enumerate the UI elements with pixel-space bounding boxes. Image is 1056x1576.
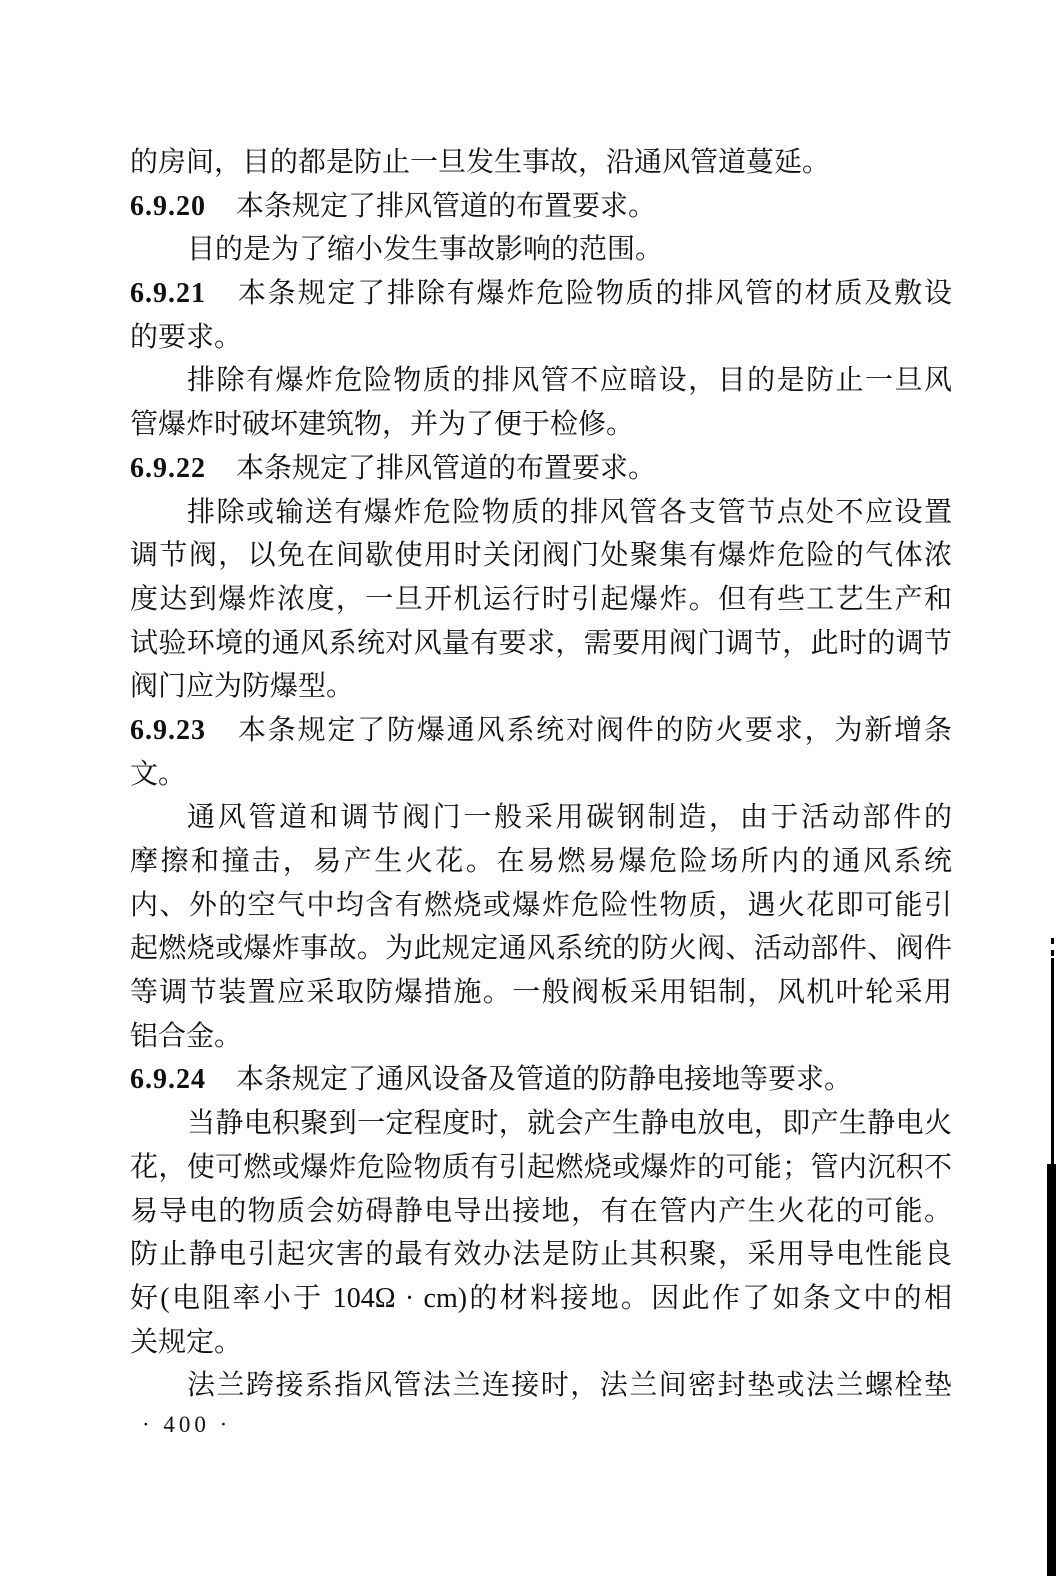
text-line: 防止静电引起灾害的最有效办法是防止其积聚，采用导电性能良 [130,1233,952,1277]
body-text: 的房间，目的都是防止一旦发生事故，沿通风管道蔓延。6.9.20本条规定了排风管道… [130,141,952,1408]
text-line: 铝合金。 [130,1015,952,1059]
text-line: 试验环境的通风系统对风量有要求，需要用阀门调节，此时的调节 [130,622,952,666]
text-line: 排除或输送有爆炸危险物质的排风管各支管节点处不应设置 [130,491,952,535]
section-number: 6.9.23 [130,709,206,753]
text-line: 6.9.23本条规定了防爆通风系统对阀件的防火要求，为新增条 [130,709,952,753]
text-line: 度达到爆炸浓度，一旦开机运行时引起爆炸。但有些工艺生产和 [130,578,952,622]
section-number: 6.9.22 [130,447,206,491]
page-number: · 400 · [142,1412,231,1438]
scan-artifact-thin-line [1051,958,1054,1164]
text-line: 的房间，目的都是防止一旦发生事故，沿通风管道蔓延。 [130,141,952,185]
text-line: 调节阀，以免在间歇使用时关闭阀门处聚集有爆炸危险的气体浓 [130,534,952,578]
text-line: 阀门应为防爆型。 [130,665,952,709]
text-line: 排除有爆炸危险物质的排风管不应暗设，目的是防止一旦风 [130,359,952,403]
text-line: 6.9.24本条规定了通风设备及管道的防静电接地等要求。 [130,1058,952,1102]
scan-artifact-thick-bar [1047,1164,1056,1576]
section-number: 6.9.20 [130,185,206,229]
text-line: 关规定。 [130,1321,952,1365]
text-line: 目的是为了缩小发生事故影响的范围。 [130,228,952,272]
text-line: 摩擦和撞击，易产生火花。在易燃易爆危险场所内的通风系统 [130,840,952,884]
text-line: 内、外的空气中均含有燃烧或爆炸危险性物质，遇火花即可能引 [130,884,952,928]
text-line: 花，使可燃或爆炸危险物质有引起燃烧或爆炸的可能；管内沉积不 [130,1146,952,1190]
text-line: 6.9.21本条规定了排除有爆炸危险物质的排风管的材质及敷设 [130,272,952,316]
text-line: 起燃烧或爆炸事故。为此规定通风系统的防火阀、活动部件、阀件 [130,927,952,971]
scan-artifact-dashes [1051,938,1054,960]
text-line: 当静电积聚到一定程度时，就会产生静电放电，即产生静电火 [130,1102,952,1146]
text-line: 文。 [130,753,952,797]
text-line: 管爆炸时破坏建筑物，并为了便于检修。 [130,403,952,447]
text-line: 法兰跨接系指风管法兰连接时，法兰间密封垫或法兰螺栓垫 [130,1364,952,1408]
document-page: 的房间，目的都是防止一旦发生事故，沿通风管道蔓延。6.9.20本条规定了排风管道… [0,0,1056,1576]
text-line: 等调节装置应采取防爆措施。一般阀板采用铝制，风机叶轮采用 [130,971,952,1015]
section-number: 6.9.21 [130,272,206,316]
text-line: 的要求。 [130,316,952,360]
text-line: 易导电的物质会妨碍静电导出接地，有在管内产生火花的可能。 [130,1190,952,1234]
text-line: 通风管道和调节阀门一般采用碳钢制造，由于活动部件的 [130,796,952,840]
text-line: 6.9.22本条规定了排风管道的布置要求。 [130,447,952,491]
section-number: 6.9.24 [130,1058,206,1102]
text-line: 好(电阻率小于 104Ω · cm)的材料接地。因此作了如条文中的相 [130,1277,952,1321]
text-line: 6.9.20本条规定了排风管道的布置要求。 [130,185,952,229]
